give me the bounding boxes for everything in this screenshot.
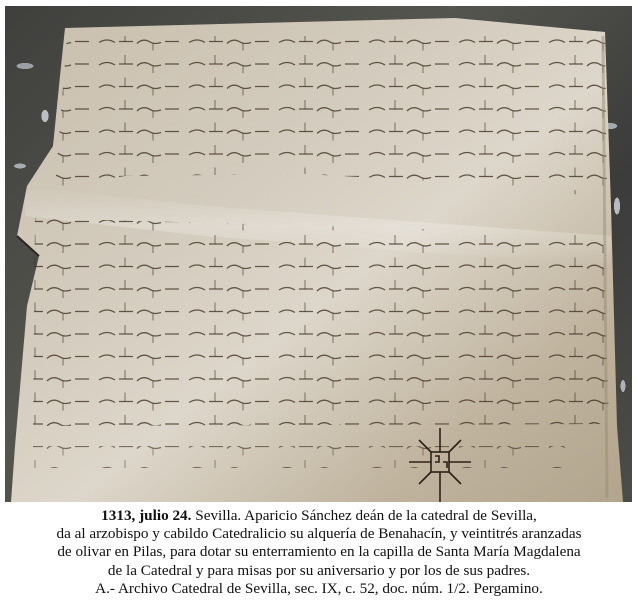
figure-caption: 1313, julio 24. Sevilla. Aparicio Sánche… (0, 507, 638, 598)
caption-line-1: 1313, julio 24. Sevilla. Aparicio Sánche… (0, 507, 638, 525)
caption-line-1-text: Sevilla. Aparicio Sánchez deán de la cat… (191, 507, 536, 524)
caption-date: 1313, julio 24. (101, 507, 191, 524)
caption-line-4: de la Catedral y para misas por su anive… (0, 562, 638, 580)
caption-archive-reference: A.- Archivo Catedral de Sevilla, sec. IX… (0, 580, 638, 598)
parchment-photo (5, 6, 632, 502)
parchment-sheet (5, 6, 632, 502)
caption-line-2: da al arzobispo y cabildo Catedralicio s… (0, 525, 638, 543)
notarial-signum-icon (407, 422, 473, 502)
caption-line-3: de olivar en Pilas, para dotar su enterr… (0, 543, 638, 561)
